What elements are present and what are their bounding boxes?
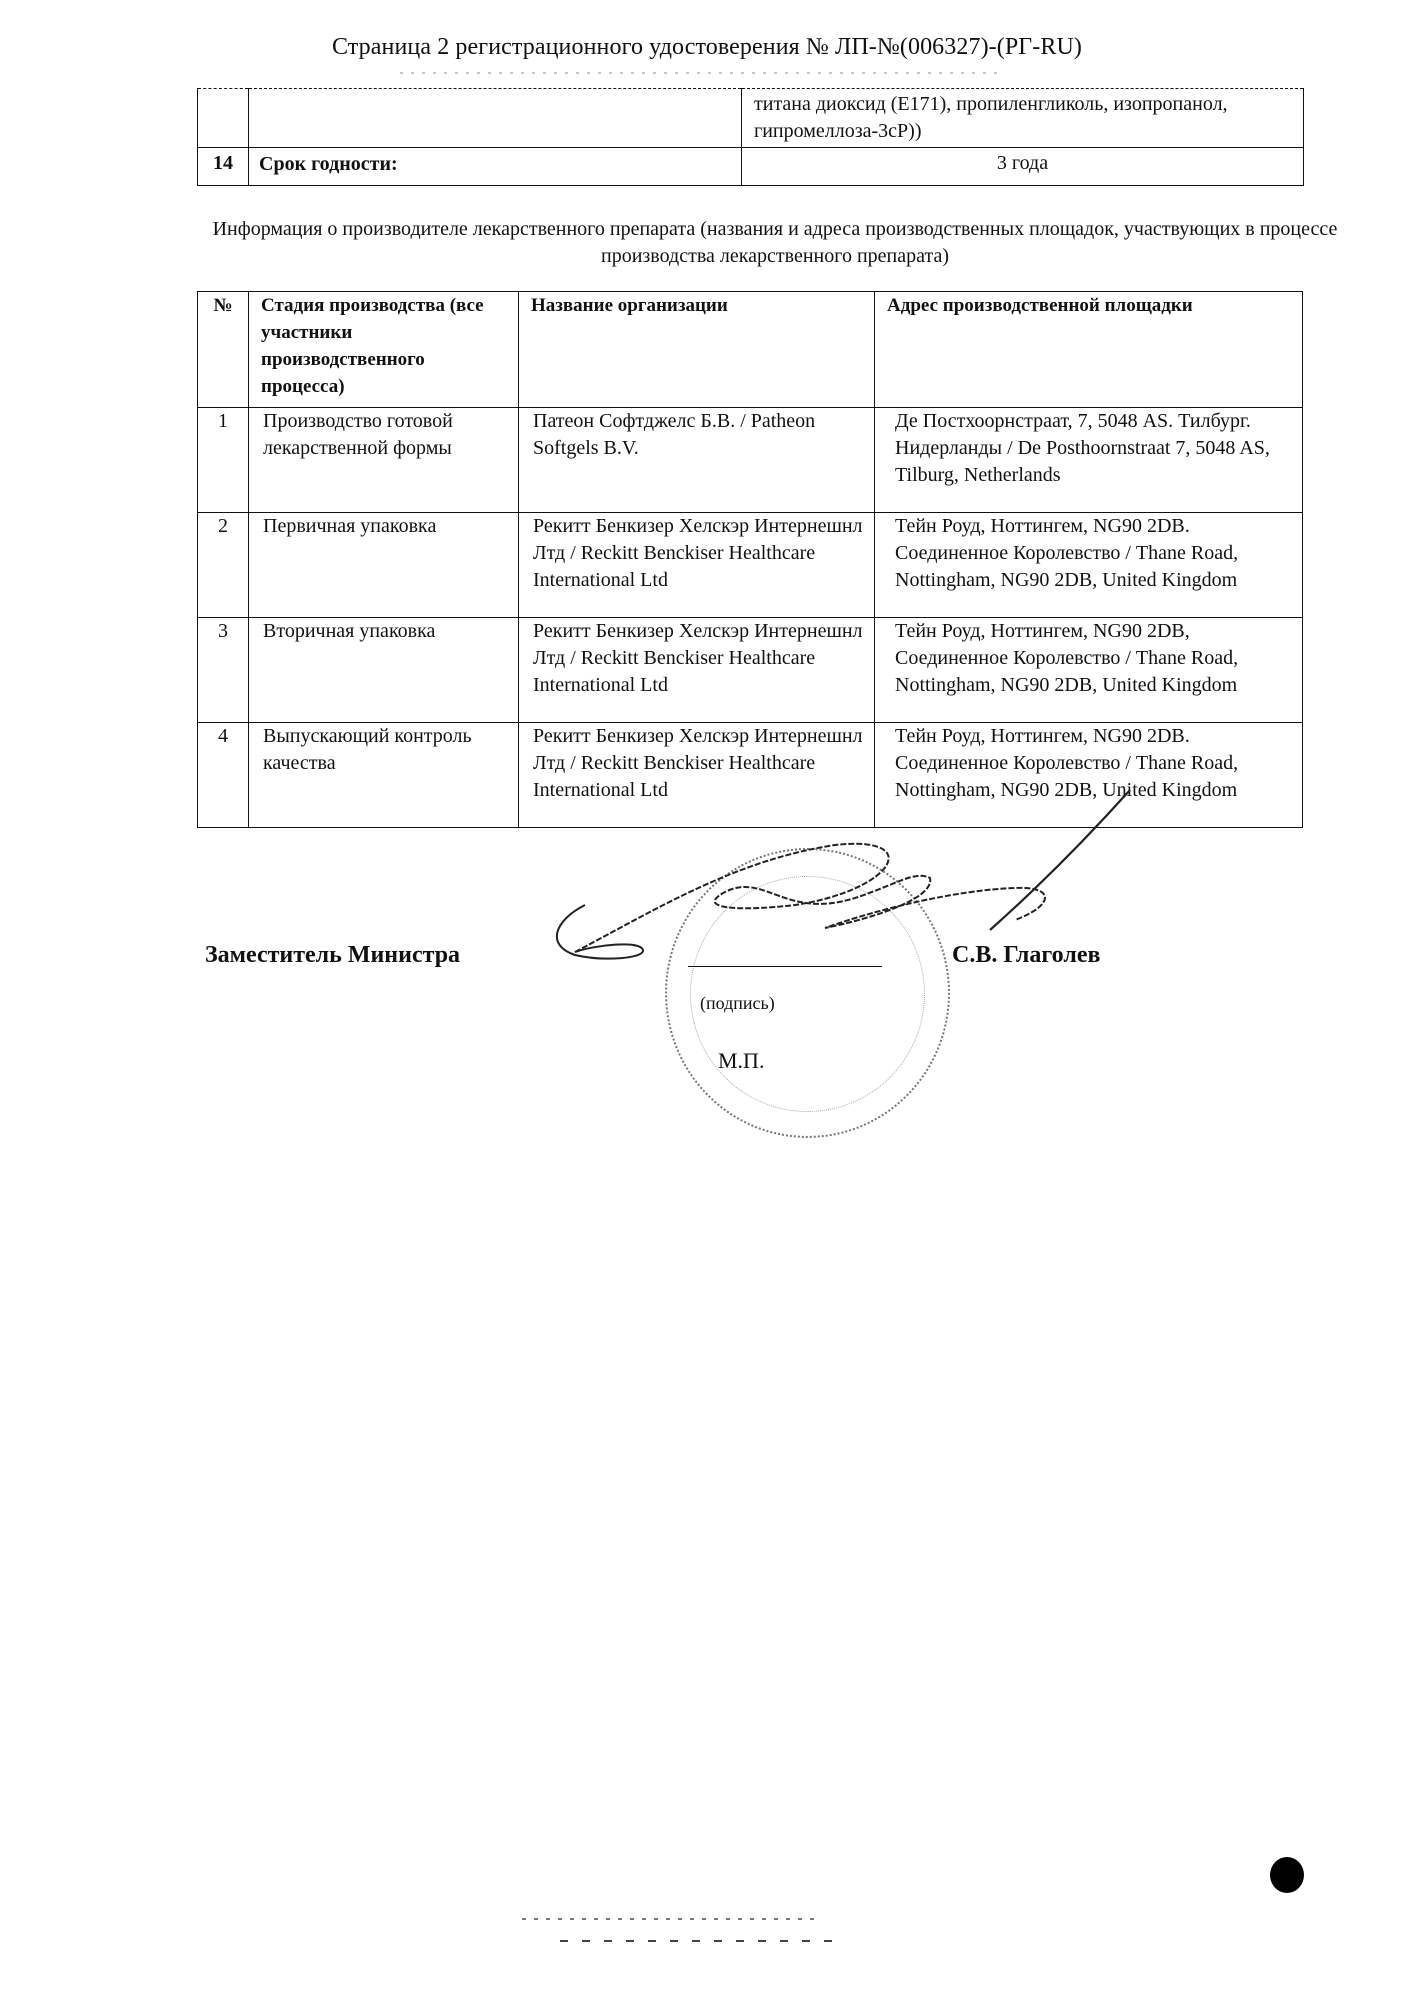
production-stage: Производство готовой лекарственной формы <box>249 408 519 513</box>
row-number <box>198 89 249 148</box>
signer-name: С.В. Глаголев <box>952 942 1100 969</box>
row-label <box>249 89 742 148</box>
row-number: 4 <box>198 723 249 828</box>
column-header-address: Адрес производственной площадки <box>875 292 1303 408</box>
production-stage: Первичная упаковка <box>249 513 519 618</box>
table-row: 1 Производство готовой лекарственной фор… <box>198 408 1303 513</box>
site-address: Тейн Роуд, Ноттингем, NG90 2DB. Соединен… <box>875 723 1303 828</box>
site-address: Тейн Роуд, Ноттингем, NG90 2DB. Соединен… <box>875 513 1303 618</box>
table-row: 4 Выпускающий контроль качества Рекитт Б… <box>198 723 1303 828</box>
punch-hole-mark <box>1270 1857 1304 1893</box>
site-address: Тейн Роуд, Ноттингем, NG90 2DB, Соединен… <box>875 618 1303 723</box>
row-number: 1 <box>198 408 249 513</box>
manufacturer-section-heading: Информация о производителе лекарственног… <box>200 216 1350 270</box>
table-row: титана диоксид (E171), пропиленгликоль, … <box>198 89 1304 148</box>
row-number: 14 <box>198 148 249 186</box>
scan-artifact-line <box>560 1940 840 1942</box>
organization-name: Рекитт Бенкизер Хелскэр Интернешнл Лтд /… <box>519 513 875 618</box>
table-row-shelf-life: 14 Срок годности: 3 года <box>198 148 1304 186</box>
site-address: Де Постхоорнстраат, 7, 5048 AS. Тилбург.… <box>875 408 1303 513</box>
column-header-organization: Название организации <box>519 292 875 408</box>
production-stage: Выпускающий контроль качества <box>249 723 519 828</box>
column-header-stage: Стадия производства (все участники произ… <box>249 292 519 408</box>
signature-line <box>688 966 882 967</box>
organization-name: Патеон Софтджелс Б.В. / Patheon Softgels… <box>519 408 875 513</box>
table-row: 3 Вторичная упаковка Рекитт Бенкизер Хел… <box>198 618 1303 723</box>
scan-artifact-line <box>400 72 1000 74</box>
column-header-number: № <box>198 292 249 408</box>
scan-artifact-line <box>522 1918 822 1920</box>
shelf-life-label: Срок годности: <box>249 148 742 186</box>
signature-caption: (подпись) <box>700 993 775 1014</box>
manufacturer-table: № Стадия производства (все участники про… <box>197 291 1303 828</box>
organization-name: Рекитт Бенкизер Хелскэр Интернешнл Лтд /… <box>519 618 875 723</box>
organization-name: Рекитт Бенкизер Хелскэр Интернешнл Лтд /… <box>519 723 875 828</box>
page-title: Страница 2 регистрационного удостоверени… <box>0 34 1414 61</box>
composition-value: титана диоксид (E171), пропиленгликоль, … <box>742 89 1304 148</box>
table-row: 2 Первичная упаковка Рекитт Бенкизер Хел… <box>198 513 1303 618</box>
production-stage: Вторичная упаковка <box>249 618 519 723</box>
row-number: 3 <box>198 618 249 723</box>
composition-table-continuation: титана диоксид (E171), пропиленгликоль, … <box>197 88 1304 186</box>
shelf-life-value: 3 года <box>742 148 1304 186</box>
table-header-row: № Стадия производства (все участники про… <box>198 292 1303 408</box>
row-number: 2 <box>198 513 249 618</box>
signer-title: Заместитель Министра <box>205 942 460 969</box>
seal-caption: М.П. <box>718 1048 764 1074</box>
